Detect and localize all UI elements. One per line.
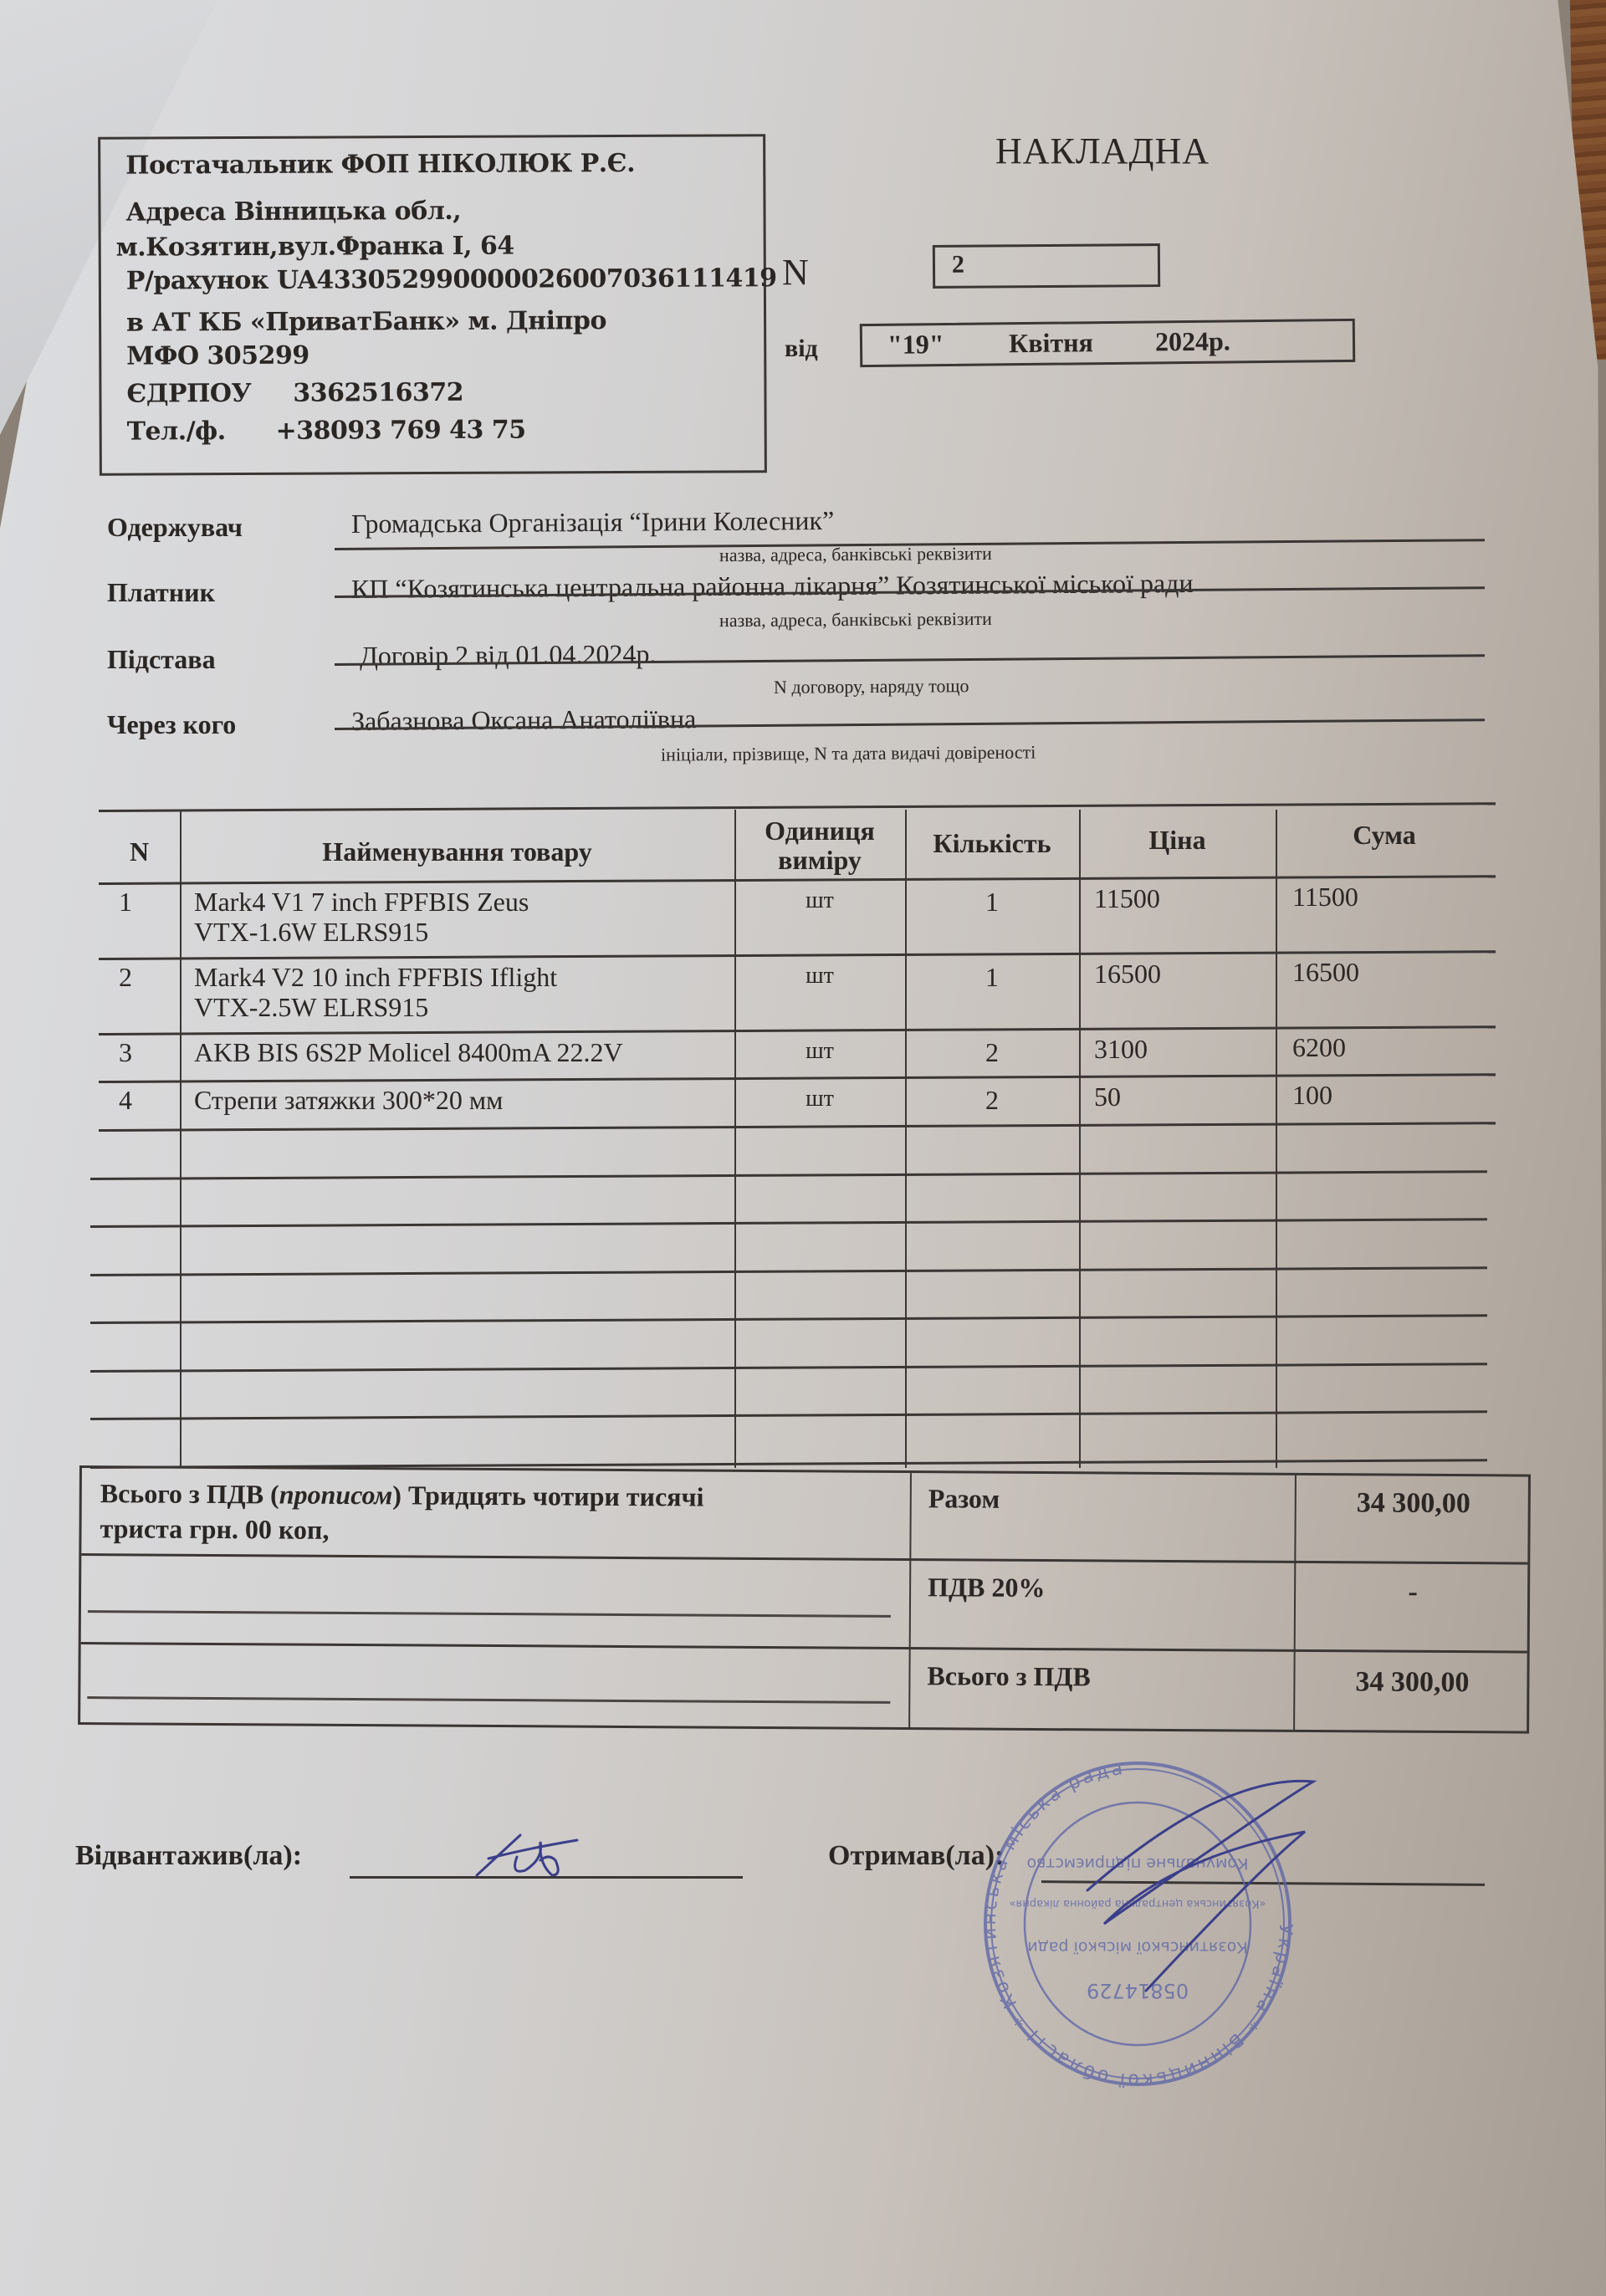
cell-n: 4 bbox=[119, 1086, 132, 1116]
supplier-address-2: м.Козятин,вул.Франка І, 64 bbox=[116, 230, 514, 264]
table-vline bbox=[180, 810, 182, 1468]
cell-sum: 6200 bbox=[1292, 1033, 1346, 1063]
date-month: Квітня bbox=[1009, 327, 1093, 359]
table-vline bbox=[1079, 810, 1081, 1468]
party-value: Забазнова Оксана Анатоліївна bbox=[351, 703, 697, 737]
invoice-date-field: "19" Квітня 2024р. bbox=[860, 319, 1356, 367]
party-label: Одержувач bbox=[107, 512, 243, 543]
number-label: N bbox=[782, 251, 809, 294]
cell-qty: 2 bbox=[905, 1086, 1079, 1116]
phone-label: Тел./ф. bbox=[127, 417, 226, 447]
cell-sum: 100 bbox=[1292, 1081, 1332, 1111]
party-hint: ініціали, прізвище, N та дата видачі дов… bbox=[661, 741, 1036, 765]
party-label: Платник bbox=[107, 577, 215, 608]
col-header-sum: Сума bbox=[1276, 820, 1493, 851]
party-value: Договір 2 від 01.04.2024р. bbox=[360, 639, 657, 672]
words-blank-line-1 bbox=[88, 1610, 891, 1618]
cell-n: 3 bbox=[119, 1038, 132, 1068]
supplier-account: Р/рахунок UA433052990000026007036111419 bbox=[126, 262, 777, 297]
cell-name: Стрепи затяжки 300*20 мм bbox=[194, 1086, 503, 1116]
words-blank-line-2 bbox=[87, 1696, 890, 1704]
received-by-label: Отримав(ла): bbox=[828, 1840, 1004, 1872]
date-year: 2024р. bbox=[1155, 325, 1230, 357]
cell-unit: шт bbox=[734, 887, 905, 913]
cell-price: 3100 bbox=[1094, 1035, 1148, 1065]
cell-name: Mark4 V2 10 inch FPFBIS IflightVTX-2.5W … bbox=[194, 963, 557, 1023]
document-title: НАКЛАДНА bbox=[995, 130, 1210, 172]
supplier-phone: Тел./ф. +38093 769 43 75 bbox=[127, 414, 526, 448]
party-label: Через кого bbox=[107, 709, 236, 740]
cell-sum: 11500 bbox=[1292, 882, 1358, 913]
date-label: від bbox=[785, 335, 818, 363]
cell-unit: шт bbox=[734, 1038, 905, 1064]
edrpou-value: 3362516372 bbox=[293, 378, 463, 408]
col-header-price: Ціна bbox=[1079, 825, 1276, 856]
cell-unit: шт bbox=[734, 963, 905, 989]
totals-row-line-2 bbox=[81, 1642, 1527, 1654]
subtotal-value: 34 300,00 bbox=[1297, 1487, 1531, 1521]
cell-name: AKB BIS 6S2P Molicel 8400mA 22.2V bbox=[194, 1038, 623, 1068]
amount-in-words-line2: триста грн. 00 коп, bbox=[100, 1513, 329, 1546]
party-value: КП “Козятинська центральна районна лікар… bbox=[351, 568, 1194, 605]
supplier-bank: в АТ КБ «ПриватБанк» м. Дніпро bbox=[126, 304, 606, 340]
party-hint: назва, адреса, банківські реквізити bbox=[719, 543, 992, 566]
supplier-address-1: Адреса Вінницька обл., bbox=[125, 195, 461, 229]
cell-n: 1 bbox=[119, 887, 132, 918]
cell-n: 2 bbox=[119, 963, 132, 993]
cell-sum: 16500 bbox=[1292, 958, 1359, 988]
total-label: Всього з ПДВ bbox=[927, 1660, 1091, 1692]
date-day: "19" bbox=[887, 329, 944, 361]
col-header-n: N bbox=[99, 836, 180, 867]
party-hint: назва, адреса, банківські реквізити bbox=[719, 608, 992, 632]
phone-value: +38093 769 43 75 bbox=[276, 416, 526, 446]
amount-in-words: Всього з ПДВ (прописом) Тридцять чотири … bbox=[100, 1478, 704, 1512]
cell-qty: 1 bbox=[905, 963, 1079, 993]
supplier-mfo: МФО 305299 bbox=[126, 340, 309, 373]
supplier-edrpou: ЄДРПОУ 3362516372 bbox=[126, 376, 463, 411]
totals-row-line-1 bbox=[81, 1553, 1527, 1565]
col-header-unit: Одиницявиміру bbox=[734, 816, 905, 875]
invoice-number-field: 2 bbox=[933, 243, 1160, 289]
totals-box: Всього з ПДВ (прописом) Тридцять чотири … bbox=[78, 1465, 1531, 1734]
total-value: 34 300,00 bbox=[1295, 1666, 1529, 1700]
party-value: Громадська Організація “Ірини Колесник” bbox=[351, 505, 834, 539]
cell-qty: 1 bbox=[905, 887, 1079, 918]
col-header-qty: Кількість bbox=[905, 828, 1079, 859]
received-signature bbox=[1054, 1757, 1330, 2007]
col-header-name: Найменування товару bbox=[180, 836, 734, 867]
table-vline bbox=[1276, 810, 1277, 1468]
vat-label: ПДВ 20% bbox=[928, 1572, 1045, 1603]
cell-qty: 2 bbox=[905, 1038, 1079, 1068]
cell-name: Mark4 V1 7 inch FPFBIS ZeusVTX-1.6W ELRS… bbox=[194, 887, 529, 948]
cell-price: 50 bbox=[1094, 1082, 1121, 1112]
cell-price: 11500 bbox=[1094, 884, 1160, 914]
vat-value: - bbox=[1296, 1576, 1530, 1609]
totals-divider-1 bbox=[908, 1473, 912, 1727]
cell-price: 16500 bbox=[1094, 959, 1161, 989]
shipped-by-label: Відвантажив(ла): bbox=[75, 1840, 302, 1872]
subtotal-label: Разом bbox=[928, 1483, 1000, 1515]
shipped-signature bbox=[468, 1823, 594, 1882]
edrpou-label: ЄДРПОУ bbox=[126, 379, 251, 409]
party-label: Підстава bbox=[107, 644, 216, 675]
cell-unit: шт bbox=[734, 1086, 905, 1112]
supplier-box: Постачальник ФОП НІКОЛЮК Р.Є. Адреса Він… bbox=[98, 134, 767, 475]
supplier-name: Постачальник ФОП НІКОЛЮК Р.Є. bbox=[125, 147, 635, 182]
party-hint: N договору, наряду тощо bbox=[774, 675, 969, 698]
